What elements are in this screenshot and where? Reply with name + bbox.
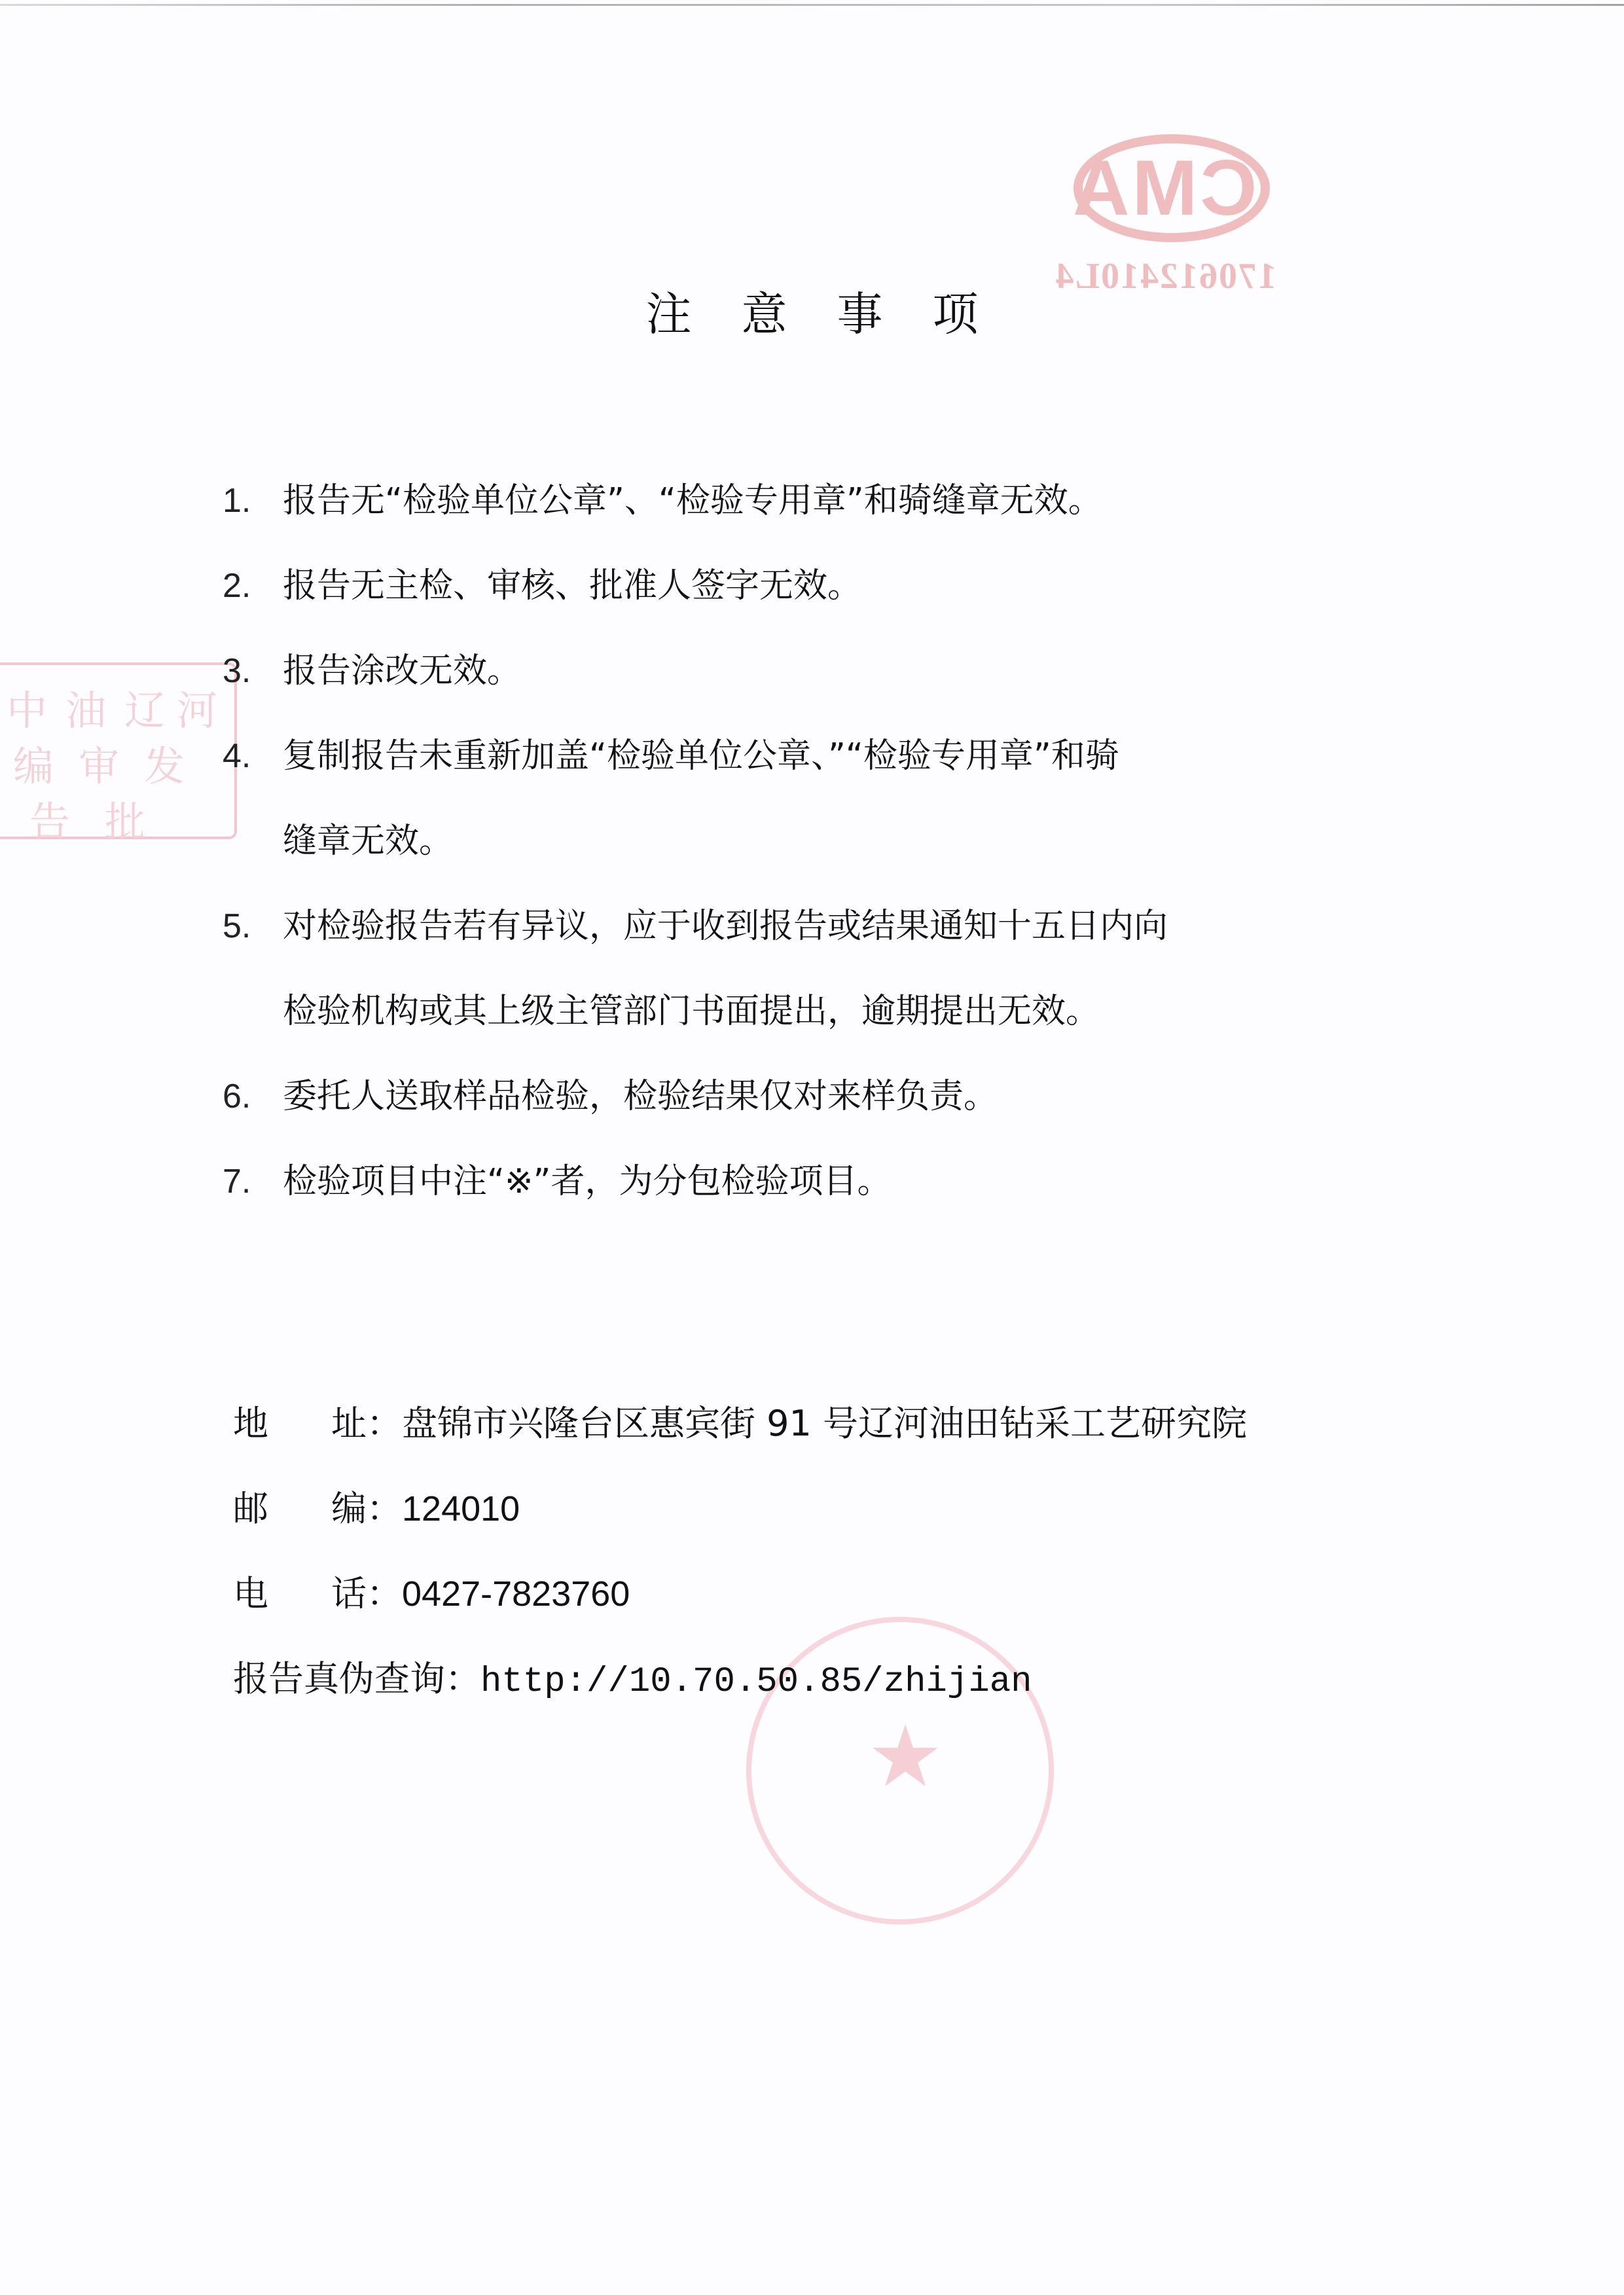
- postcode-label-1: 邮: [233, 1466, 331, 1551]
- note-text: 报告无“检验单位公章”、“检验专用章”和骑缝章无效。: [283, 458, 1401, 543]
- postcode-row: 邮编：124010: [233, 1466, 1411, 1551]
- note-item: 4. 复制报告未重新加盖“检验单位公章、”“检验专用章”和骑 缝章无效。: [223, 714, 1401, 884]
- note-item: 5. 对检验报告若有异议，应于收到报告或结果通知十五日内向 检验机构或其上级主管…: [223, 884, 1401, 1054]
- note-number: 2.: [223, 543, 251, 628]
- document-page: CMA 170612410L4 中 油 辽 河 编 审 发 告 批 ★ 注意事项…: [0, 0, 1624, 2295]
- note-text: 报告涂改无效。: [283, 628, 1401, 714]
- address-label-1: 地: [233, 1381, 331, 1466]
- verify-row: 报告真伪查询：http://10.70.50.85/zhijian: [233, 1636, 1411, 1722]
- verify-url[interactable]: http://10.70.50.85/zhijian: [480, 1662, 1032, 1702]
- stamp-char: 油: [65, 678, 106, 736]
- phone-label-1: 电: [233, 1551, 331, 1636]
- note-number: 5.: [223, 884, 251, 969]
- note-text: 报告无主检、审核、批准人签字无效。: [283, 543, 1401, 628]
- note-text: 委托人送取样品检验，检验结果仅对来样负责。: [283, 1054, 1401, 1139]
- note-item: 1. 报告无“检验单位公章”、“检验专用章”和骑缝章无效。: [223, 458, 1401, 543]
- cma-letters: CMA: [1087, 147, 1257, 229]
- stamp-char: 告: [29, 789, 70, 848]
- note-text: 对检验报告若有异议，应于收到报告或结果通知十五日内向: [283, 884, 1401, 969]
- postcode-label-2: 编：: [331, 1466, 402, 1551]
- stamp-char: 河: [177, 678, 217, 736]
- note-text: 复制报告未重新加盖“检验单位公章、”“检验专用章”和骑: [283, 714, 1401, 799]
- stamp-char: 中: [7, 678, 47, 736]
- verify-label: 报告真伪查询：: [233, 1636, 480, 1722]
- phone-row: 电话：0427-7823760: [233, 1551, 1411, 1636]
- note-item: 7. 检验项目中注“※”者，为分包检验项目。: [223, 1139, 1401, 1224]
- note-number: 1.: [223, 458, 251, 543]
- phone-value: 0427-7823760: [402, 1574, 630, 1614]
- scan-edge: [0, 4, 1624, 6]
- approval-stamp: 中 油 辽 河 编 审 发 告 批: [0, 662, 237, 839]
- note-item: 3. 报告涂改无效。: [223, 628, 1401, 714]
- page-title: 注意事项: [0, 281, 1624, 347]
- stamp-char: 审: [79, 734, 119, 792]
- phone-label-2: 话：: [331, 1551, 402, 1636]
- note-text-continued: 检验机构或其上级主管部门书面提出，逾期提出无效。: [283, 969, 1401, 1054]
- stamp-char: 辽: [124, 678, 165, 736]
- stamp-char: 批: [105, 789, 145, 848]
- note-item: 2. 报告无主检、审核、批准人签字无效。: [223, 543, 1401, 628]
- notes-list: 1. 报告无“检验单位公章”、“检验专用章”和骑缝章无效。 2. 报告无主检、审…: [223, 458, 1401, 1224]
- postcode-value: 124010: [402, 1489, 520, 1528]
- note-item: 6. 委托人送取样品检验，检验结果仅对来样负责。: [223, 1054, 1401, 1139]
- address-value: 盘锦市兴隆台区惠宾街 91 号辽河油田钻采工艺研究院: [402, 1403, 1247, 1444]
- star-icon: ★: [863, 1714, 948, 1799]
- note-number: 4.: [223, 714, 251, 799]
- note-number: 3.: [223, 628, 251, 714]
- contact-info: 地址：盘锦市兴隆台区惠宾街 91 号辽河油田钻采工艺研究院 邮编：124010 …: [233, 1381, 1411, 1722]
- stamp-char: 发: [144, 734, 185, 792]
- address-label-2: 址：: [331, 1381, 402, 1466]
- stamp-char: 编: [13, 734, 54, 792]
- address-row: 地址：盘锦市兴隆台区惠宾街 91 号辽河油田钻采工艺研究院: [233, 1381, 1411, 1466]
- note-number: 7.: [223, 1139, 251, 1224]
- note-text-continued: 缝章无效。: [283, 799, 1401, 884]
- note-text: 检验项目中注“※”者，为分包检验项目。: [283, 1139, 1401, 1224]
- note-number: 6.: [223, 1054, 251, 1139]
